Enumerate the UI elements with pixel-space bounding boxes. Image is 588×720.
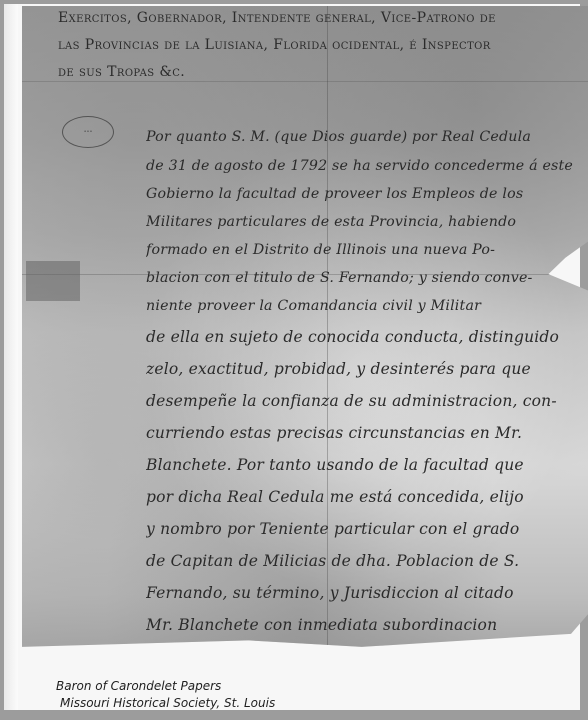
header-line: las Provincias de la Luisiana, Florida o…	[58, 37, 588, 64]
handwritten-line: curriendo estas precisas circunstancias …	[146, 424, 588, 456]
scan-sheet: ••• Exercitos, Gobernador, Intendente ge…	[4, 4, 580, 710]
stamp-text: •••	[84, 129, 93, 135]
handwritten-line: Mr. Blanchete con inmediata subordinacio…	[146, 616, 588, 648]
handwritten-line: Fernando, su término, y Jurisdiccion al …	[146, 584, 588, 616]
tape-mark	[26, 261, 80, 301]
handwritten-line: de ella en sujeto de conocida conducta, …	[146, 328, 588, 360]
handwritten-line: al Capitan Comandante de los Establecimi…	[146, 648, 588, 680]
caption-collection: Baron of Carondelet Papers	[56, 678, 275, 695]
handwritten-line: de 31 de agosto de 1792 se ha servido co…	[146, 158, 588, 186]
header-line: de sus Tropas &c.	[58, 64, 588, 91]
handwritten-line: y nombro por Teniente particular con el …	[146, 520, 588, 552]
handwritten-line: formado en el Distrito de Illinois una n…	[146, 242, 588, 270]
manuscript-page: ••• Exercitos, Gobernador, Intendente ge…	[22, 6, 588, 660]
archive-caption: Baron of Carondelet Papers Missouri Hist…	[56, 678, 275, 712]
handwritten-line: blacion con el titulo de S. Fernando; y …	[146, 270, 588, 298]
header-line: Exercitos, Gobernador, Intendente genera…	[58, 10, 588, 37]
handwritten-line: Blanchete. Por tanto usando de la facult…	[146, 456, 588, 488]
handwritten-body: Por quanto S. M. (que Dios guarde) por R…	[146, 129, 588, 680]
image-frame: ••• Exercitos, Gobernador, Intendente ge…	[0, 0, 588, 720]
caption-institution: Missouri Historical Society, St. Louis	[60, 695, 275, 712]
sheet-edge	[4, 4, 18, 710]
handwritten-line: zelo, exactitud, probidad, y desinterés …	[146, 360, 588, 392]
handwritten-line: Gobierno la facultad de proveer los Empl…	[146, 186, 588, 214]
handwritten-line: Militares particulares de esta Provincia…	[146, 214, 588, 242]
handwritten-line: de Capitan de Milicias de dha. Poblacion…	[146, 552, 588, 584]
archive-stamp-icon: •••	[62, 116, 114, 148]
handwritten-line: desempeñe la confianza de su administrac…	[146, 392, 588, 424]
printed-header: Exercitos, Gobernador, Intendente genera…	[58, 10, 588, 91]
handwritten-line: por dicha Real Cedula me está concedida,…	[146, 488, 588, 520]
handwritten-line: niente proveer la Comandancia civil y Mi…	[146, 298, 588, 328]
